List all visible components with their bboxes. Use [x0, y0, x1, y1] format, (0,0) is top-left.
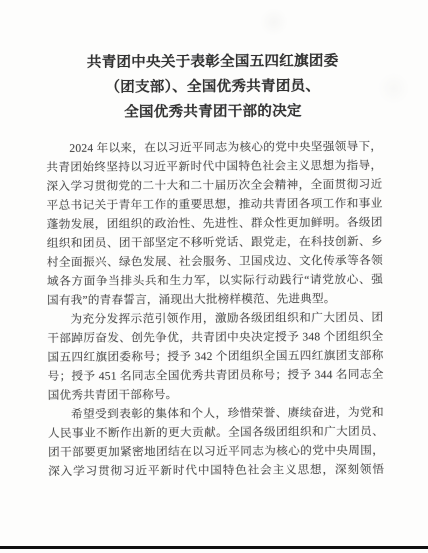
paragraph-2: 为充分发挥示范引领作用，激励各级团组织和广大团员、团 干部踔厉奋发、创先争优，共… — [47, 308, 384, 405]
body-line: 国五四红旗团委称号；授予 342 个团组织全国五四红旗团支部称 — [47, 346, 383, 367]
body-line: 2024 年以来，在以习近平同志为核心的党中央坚强领导下， — [46, 137, 382, 158]
body-line: 深入学习贯彻习近平新时代中国特色社会主义思想，深刻领悟 — [48, 460, 384, 481]
body-line: 国有我”的青春誓言，涌现出大批榜样模范、先进典型。 — [47, 289, 383, 310]
body-line: 国优秀共青团干部称号。 — [48, 384, 384, 405]
title-line: 全国优秀共青团干部的决定 — [0, 99, 427, 127]
body-line: 村全面振兴、绿色发展、社会服务、卫国戍边、文化传承等各领 — [47, 251, 383, 272]
document-title: 共青团中央关于表彰全国五四红旗团委 （团支部）、全国优秀共青团员、 全国优秀共青… — [0, 49, 427, 127]
document-body: 2024 年以来，在以习近平同志为核心的党中央坚强领导下， 共青团始终坚持以习近… — [0, 137, 428, 482]
body-line: 号；授予 451 名同志全国优秀共青团员称号；授予 344 名同志全 — [48, 365, 384, 386]
paragraph-1: 2024 年以来，在以习近平同志为核心的党中央坚强领导下， 共青团始终坚持以习近… — [46, 137, 383, 310]
body-line: 域各方面争当排头兵和生力军，以实际行动践行“请党放心、强 — [47, 270, 383, 291]
body-line: 深入学习贯彻党的二十大和二十届历次全会精神，全面贯彻习近 — [46, 175, 382, 196]
body-line: 人民事业不断作出新的更大贡献。全国各级团组织和广大团员、 — [48, 422, 384, 443]
body-line: 组织和团员、团干部坚定不移听党话、跟党走，在科技创新、乡 — [47, 232, 383, 253]
body-line: 为充分发挥示范引领作用，激励各级团组织和广大团员、团 — [47, 308, 383, 329]
title-line: 共青团中央关于表彰全国五四红旗团委 — [0, 49, 427, 77]
title-line: （团支部）、全国优秀共青团员、 — [0, 74, 427, 102]
document-page: 共青团中央关于表彰全国五四红旗团委 （团支部）、全国优秀共青团员、 全国优秀共青… — [0, 0, 428, 553]
body-line: 团干部要更加紧密地团结在以习近平同志为核心的党中央周围， — [48, 441, 384, 462]
body-line: 干部踔厉奋发、创先争优，共青团中央决定授予 348 个团组织全 — [47, 327, 383, 348]
scan-bottom-edge — [0, 546, 428, 549]
body-line: 希望受到表彰的集体和个人，珍惜荣誉、赓续奋进，为党和 — [48, 403, 384, 424]
body-line: 平总书记关于青年工作的重要思想，推动共青团各项工作和事业 — [47, 194, 383, 215]
paragraph-3: 希望受到表彰的集体和个人，珍惜荣誉、赓续奋进，为党和 人民事业不断作出新的更大贡… — [48, 403, 384, 481]
body-line: 蓬勃发展，团组织的政治性、先进性、群众性更加鲜明。各级团 — [47, 213, 383, 234]
body-line: 共青团始终坚持以习近平新时代中国特色社会主义思想为指导， — [46, 156, 382, 177]
document-sheet: 共青团中央关于表彰全国五四红旗团委 （团支部）、全国优秀共青团员、 全国优秀共青… — [0, 0, 428, 553]
